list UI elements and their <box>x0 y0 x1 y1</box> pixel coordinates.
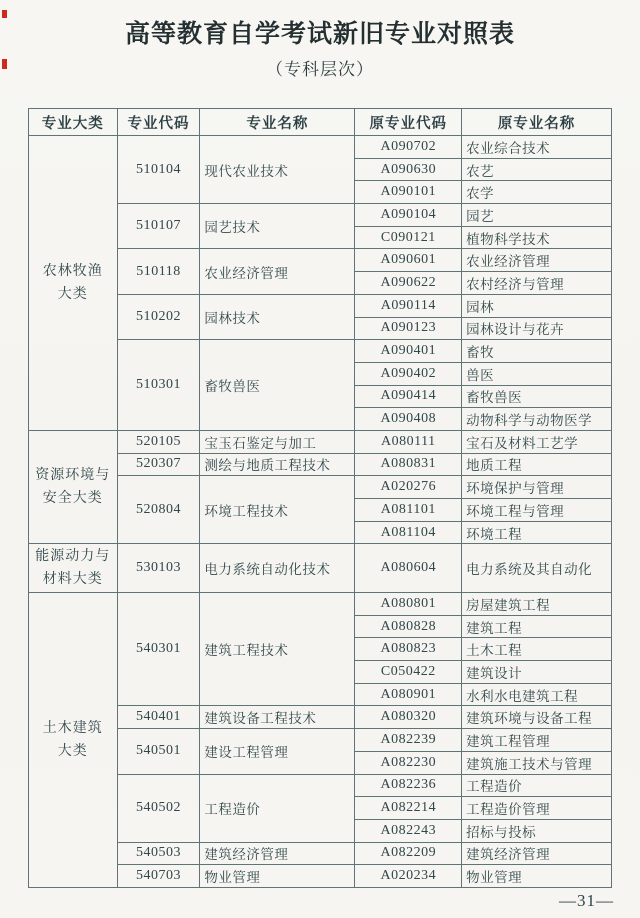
major-code-cell: 530103 <box>117 544 200 593</box>
old-major-code-cell: A080831 <box>355 453 462 476</box>
old-major-name-cell: 水利水电建筑工程 <box>462 683 612 706</box>
header-old-major-name: 原专业名称 <box>462 109 612 136</box>
major-name-cell: 工程造价 <box>200 774 355 842</box>
table-row: 土木建筑大类540301建筑工程技术A080801房屋建筑工程 <box>29 593 612 616</box>
old-major-name-cell: 建筑设计 <box>462 661 612 684</box>
old-major-name-cell: 环境保护与管理 <box>462 476 612 499</box>
major-name-cell: 建筑工程技术 <box>200 593 355 706</box>
major-code-cell: 520105 <box>117 430 200 453</box>
major-code-cell: 510202 <box>117 294 200 339</box>
old-major-name-cell: 建筑经济管理 <box>462 842 612 865</box>
old-major-code-cell: C090121 <box>355 226 462 249</box>
old-major-code-cell: A080801 <box>355 593 462 616</box>
old-major-code-cell: A020276 <box>355 476 462 499</box>
old-major-name-cell: 电力系统及其自动化 <box>462 544 612 593</box>
old-major-code-cell: A082230 <box>355 751 462 774</box>
major-code-cell: 510301 <box>117 340 200 431</box>
old-major-name-cell: 房屋建筑工程 <box>462 593 612 616</box>
page-subtitle: （专科层次） <box>0 55 640 80</box>
major-code-cell: 510107 <box>117 204 200 249</box>
old-major-name-cell: 建筑施工技术与管理 <box>462 751 612 774</box>
old-major-name-cell: 建筑工程 <box>462 615 612 638</box>
old-major-name-cell: 畜牧 <box>462 340 612 363</box>
old-major-name-cell: 物业管理 <box>462 865 612 888</box>
category-cell: 土木建筑大类 <box>29 593 118 888</box>
table-row: 资源环境与安全大类520105宝玉石鉴定与加工A080111宝石及材料工艺学 <box>29 430 612 453</box>
old-major-code-cell: A090401 <box>355 340 462 363</box>
header-major-category: 专业大类 <box>29 109 118 136</box>
old-major-code-cell: A090402 <box>355 362 462 385</box>
category-cell: 农林牧渔大类 <box>29 136 118 431</box>
major-name-cell: 建筑设备工程技术 <box>200 706 355 729</box>
table-row: 农林牧渔大类510104现代农业技术A090702农业综合技术 <box>29 136 612 159</box>
old-major-code-cell: A090104 <box>355 204 462 227</box>
old-major-code-cell: A080901 <box>355 683 462 706</box>
major-code-cell: 540503 <box>117 842 200 865</box>
old-major-name-cell: 园艺 <box>462 204 612 227</box>
old-major-code-cell: A090114 <box>355 294 462 317</box>
major-code-cell: 540502 <box>117 774 200 842</box>
old-major-name-cell: 园林 <box>462 294 612 317</box>
major-name-cell: 物业管理 <box>200 865 355 888</box>
old-major-name-cell: 兽医 <box>462 362 612 385</box>
old-major-code-cell: A080604 <box>355 544 462 593</box>
old-major-code-cell: A090101 <box>355 181 462 204</box>
major-code-cell: 540401 <box>117 706 200 729</box>
old-major-name-cell: 农艺 <box>462 158 612 181</box>
old-major-code-cell: A090123 <box>355 317 462 340</box>
old-major-code-cell: A080823 <box>355 638 462 661</box>
old-major-code-cell: A081104 <box>355 521 462 544</box>
old-major-code-cell: A090630 <box>355 158 462 181</box>
category-cell: 资源环境与安全大类 <box>29 430 118 543</box>
major-name-cell: 建筑经济管理 <box>200 842 355 865</box>
old-major-name-cell: 招标与投标 <box>462 819 612 842</box>
old-major-name-cell: 建筑工程管理 <box>462 729 612 752</box>
page-title: 高等教育自学考试新旧专业对照表 <box>0 14 640 50</box>
major-name-cell: 电力系统自动化技术 <box>200 544 355 593</box>
old-major-code-cell: A020234 <box>355 865 462 888</box>
header-major-code: 专业代码 <box>117 109 200 136</box>
old-major-name-cell: 畜牧兽医 <box>462 385 612 408</box>
old-major-name-cell: 工程造价 <box>462 774 612 797</box>
old-major-code-cell: A090601 <box>355 249 462 272</box>
old-major-name-cell: 宝石及材料工艺学 <box>462 430 612 453</box>
category-cell: 能源动力与材料大类 <box>29 544 118 593</box>
old-major-name-cell: 地质工程 <box>462 453 612 476</box>
old-major-name-cell: 土木工程 <box>462 638 612 661</box>
header-major-name: 专业名称 <box>200 109 355 136</box>
major-code-cell: 510104 <box>117 136 200 204</box>
old-major-code-cell: A090414 <box>355 385 462 408</box>
old-major-code-cell: A082214 <box>355 797 462 820</box>
old-major-code-cell: A082243 <box>355 819 462 842</box>
major-name-cell: 环境工程技术 <box>200 476 355 544</box>
page-number: —31— <box>559 891 614 911</box>
old-major-name-cell: 环境工程与管理 <box>462 499 612 522</box>
document-page: 高等教育自学考试新旧专业对照表 （专科层次） 专业大类 专业代码 专业名称 原专… <box>0 0 640 918</box>
old-major-name-cell: 农业综合技术 <box>462 136 612 159</box>
major-code-cell: 520307 <box>117 453 200 476</box>
major-name-cell: 园艺技术 <box>200 204 355 249</box>
old-major-name-cell: 农业经济管理 <box>462 249 612 272</box>
old-major-name-cell: 农村经济与管理 <box>462 272 612 295</box>
major-name-cell: 宝玉石鉴定与加工 <box>200 430 355 453</box>
major-code-cell: 540501 <box>117 729 200 774</box>
old-major-name-cell: 工程造价管理 <box>462 797 612 820</box>
table-row: 能源动力与材料大类530103电力系统自动化技术A080604电力系统及其自动化 <box>29 544 612 593</box>
major-code-cell: 520804 <box>117 476 200 544</box>
major-code-cell: 540703 <box>117 865 200 888</box>
old-major-code-cell: C050422 <box>355 661 462 684</box>
major-comparison-table: 专业大类 专业代码 专业名称 原专业代码 原专业名称 农林牧渔大类510104现… <box>28 108 612 888</box>
old-major-code-cell: A082209 <box>355 842 462 865</box>
major-code-cell: 540301 <box>117 593 200 706</box>
old-major-code-cell: A081101 <box>355 499 462 522</box>
old-major-name-cell: 农学 <box>462 181 612 204</box>
old-major-code-cell: A090408 <box>355 408 462 431</box>
old-major-code-cell: A080320 <box>355 706 462 729</box>
old-major-name-cell: 环境工程 <box>462 521 612 544</box>
old-major-code-cell: A090702 <box>355 136 462 159</box>
old-major-name-cell: 建筑环境与设备工程 <box>462 706 612 729</box>
major-name-cell: 测绘与地质工程技术 <box>200 453 355 476</box>
old-major-code-cell: A090622 <box>355 272 462 295</box>
old-major-code-cell: A082236 <box>355 774 462 797</box>
major-code-cell: 510118 <box>117 249 200 294</box>
major-name-cell: 建设工程管理 <box>200 729 355 774</box>
table-body: 农林牧渔大类510104现代农业技术A090702农业综合技术A090630农艺… <box>29 136 612 888</box>
major-name-cell: 畜牧兽医 <box>200 340 355 431</box>
major-name-cell: 园林技术 <box>200 294 355 339</box>
old-major-code-cell: A082239 <box>355 729 462 752</box>
table-header-row: 专业大类 专业代码 专业名称 原专业代码 原专业名称 <box>29 109 612 136</box>
old-major-code-cell: A080828 <box>355 615 462 638</box>
major-name-cell: 农业经济管理 <box>200 249 355 294</box>
old-major-code-cell: A080111 <box>355 430 462 453</box>
old-major-name-cell: 动物科学与动物医学 <box>462 408 612 431</box>
header-old-major-code: 原专业代码 <box>355 109 462 136</box>
old-major-name-cell: 植物科学技术 <box>462 226 612 249</box>
major-name-cell: 现代农业技术 <box>200 136 355 204</box>
old-major-name-cell: 园林设计与花卉 <box>462 317 612 340</box>
